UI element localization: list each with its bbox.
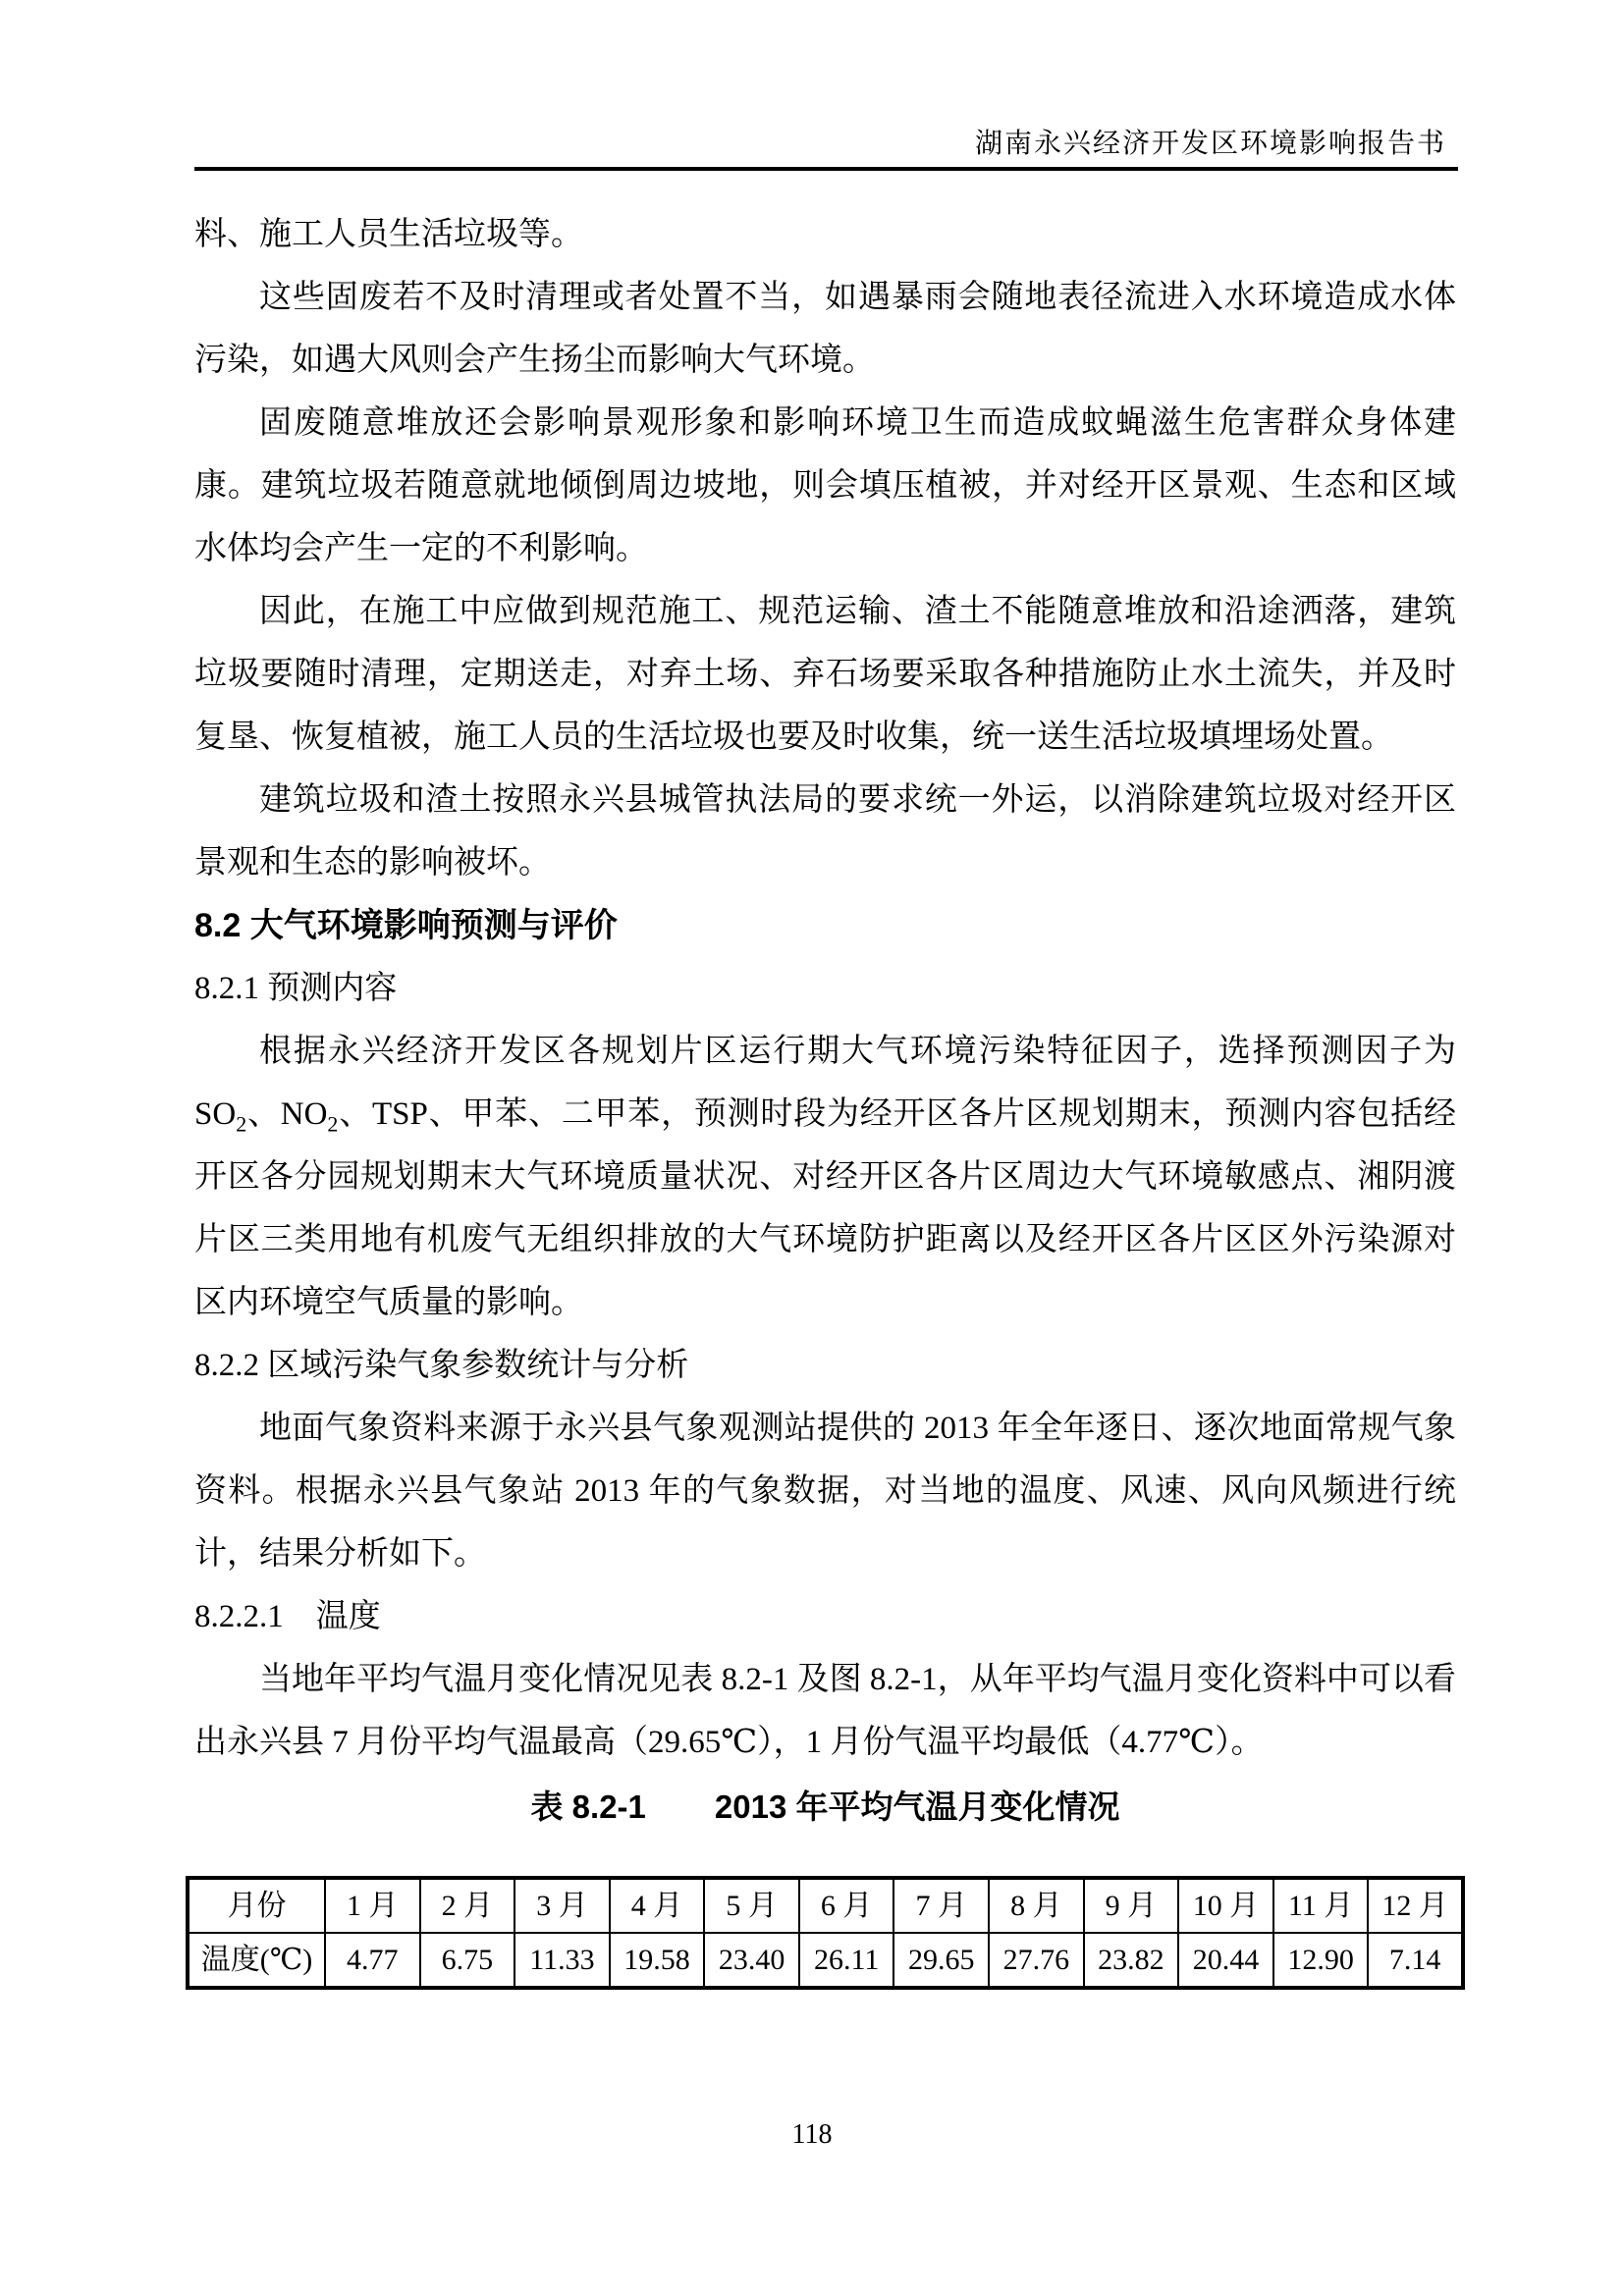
temperature-cell: 12.90 — [1273, 1933, 1369, 1988]
month-cell: 10 月 — [1178, 1878, 1273, 1933]
month-cell: 9 月 — [1084, 1878, 1179, 1933]
temperature-cell: 26.11 — [799, 1933, 894, 1988]
temperature-cell: 29.65 — [893, 1933, 989, 1988]
paragraph-continuation: 料、施工人员生活垃圾等。 — [194, 203, 1456, 266]
temperature-cell: 27.76 — [989, 1933, 1084, 1988]
paragraph: 这些固废若不及时清理或者处置不当，如遇暴雨会随地表径流进入水环境造成水体污染，如… — [194, 266, 1456, 392]
paragraph: 因此，在施工中应做到规范施工、规范运输、渣土不能随意堆放和沿途洒落，建筑垃圾要随… — [194, 580, 1456, 769]
month-cell: 7 月 — [893, 1878, 989, 1933]
row-header-months: 月份 — [188, 1878, 325, 1933]
document-page: 湖南永兴经济开发区环境影响报告书 料、施工人员生活垃圾等。 这些固废若不及时清理… — [0, 0, 1624, 2296]
paragraph: 当地年平均气温月变化情况见表 8.2-1 及图 8.2-1，从年平均气温月变化资… — [194, 1648, 1456, 1774]
table-caption: 表 8.2-12013 年平均气温月变化情况 — [194, 1776, 1456, 1839]
subscript: 2 — [236, 1112, 246, 1137]
header-rule — [194, 167, 1458, 171]
table-row-temperatures: 温度(℃) 4.77 6.75 11.33 19.58 23.40 26.11 … — [188, 1933, 1463, 1988]
temperature-cell: 19.58 — [610, 1933, 705, 1988]
table-row-months: 月份 1 月 2 月 3 月 4 月 5 月 6 月 7 月 8 月 9 月 1… — [188, 1878, 1463, 1933]
temperature-cell: 20.44 — [1178, 1933, 1273, 1988]
row-header-temperature: 温度(℃) — [188, 1933, 325, 1988]
paragraph-text: 、TSP、甲苯、二甲苯，预测时段为经开区各片区规划期末，预测内容包括经开区各分园… — [194, 1096, 1456, 1320]
month-cell: 3 月 — [514, 1878, 610, 1933]
temperature-cell: 11.33 — [514, 1933, 610, 1988]
month-cell: 11 月 — [1273, 1878, 1369, 1933]
paragraph: 固废随意堆放还会影响景观形象和影响环境卫生而造成蚊蝇滋生危害群众身体建康。建筑垃… — [194, 392, 1456, 580]
temperature-cell: 4.77 — [325, 1933, 420, 1988]
header-title: 湖南永兴经济开发区环境影响报告书 — [975, 129, 1446, 160]
page-footer: 118 — [0, 2118, 1624, 2152]
paragraph: 根据永兴经济开发区各规划片区运行期大气环境污染特征因子，选择预测因子为SO2、N… — [194, 1020, 1456, 1334]
temperature-cell: 7.14 — [1368, 1933, 1463, 1988]
month-cell: 5 月 — [704, 1878, 799, 1933]
table-caption-title: 2013 年平均气温月变化情况 — [715, 1789, 1120, 1825]
heading-8-2: 8.2 大气环境影响预测与评价 — [194, 894, 1456, 957]
month-cell: 6 月 — [799, 1878, 894, 1933]
temperature-cell: 6.75 — [420, 1933, 515, 1988]
table-caption-label: 表 8.2-1 — [531, 1789, 646, 1825]
month-cell: 4 月 — [610, 1878, 705, 1933]
heading-8-2-2: 8.2.2 区域污染气象参数统计与分析 — [194, 1334, 1456, 1397]
month-cell: 1 月 — [325, 1878, 420, 1933]
subscript: 2 — [327, 1112, 338, 1137]
paragraph-text: 、NO — [246, 1096, 327, 1132]
month-cell: 8 月 — [989, 1878, 1084, 1933]
month-cell: 2 月 — [420, 1878, 515, 1933]
heading-8-2-2-1: 8.2.2.1 温度 — [194, 1585, 1456, 1648]
paragraph: 地面气象资料来源于永兴县气象观测站提供的 2013 年全年逐日、逐次地面常规气象… — [194, 1397, 1456, 1585]
paragraph: 建筑垃圾和渣土按照永兴县城管执法局的要求统一外运，以消除建筑垃圾对经开区景观和生… — [194, 769, 1456, 894]
temperature-cell: 23.40 — [704, 1933, 799, 1988]
heading-8-2-1: 8.2.1 预测内容 — [194, 957, 1456, 1020]
month-cell: 12 月 — [1368, 1878, 1463, 1933]
temperature-table: 月份 1 月 2 月 3 月 4 月 5 月 6 月 7 月 8 月 9 月 1… — [186, 1876, 1465, 1990]
document-body: 料、施工人员生活垃圾等。 这些固废若不及时清理或者处置不当，如遇暴雨会随地表径流… — [194, 203, 1456, 1990]
page-number: 118 — [792, 2119, 833, 2150]
temperature-cell: 23.82 — [1084, 1933, 1179, 1988]
